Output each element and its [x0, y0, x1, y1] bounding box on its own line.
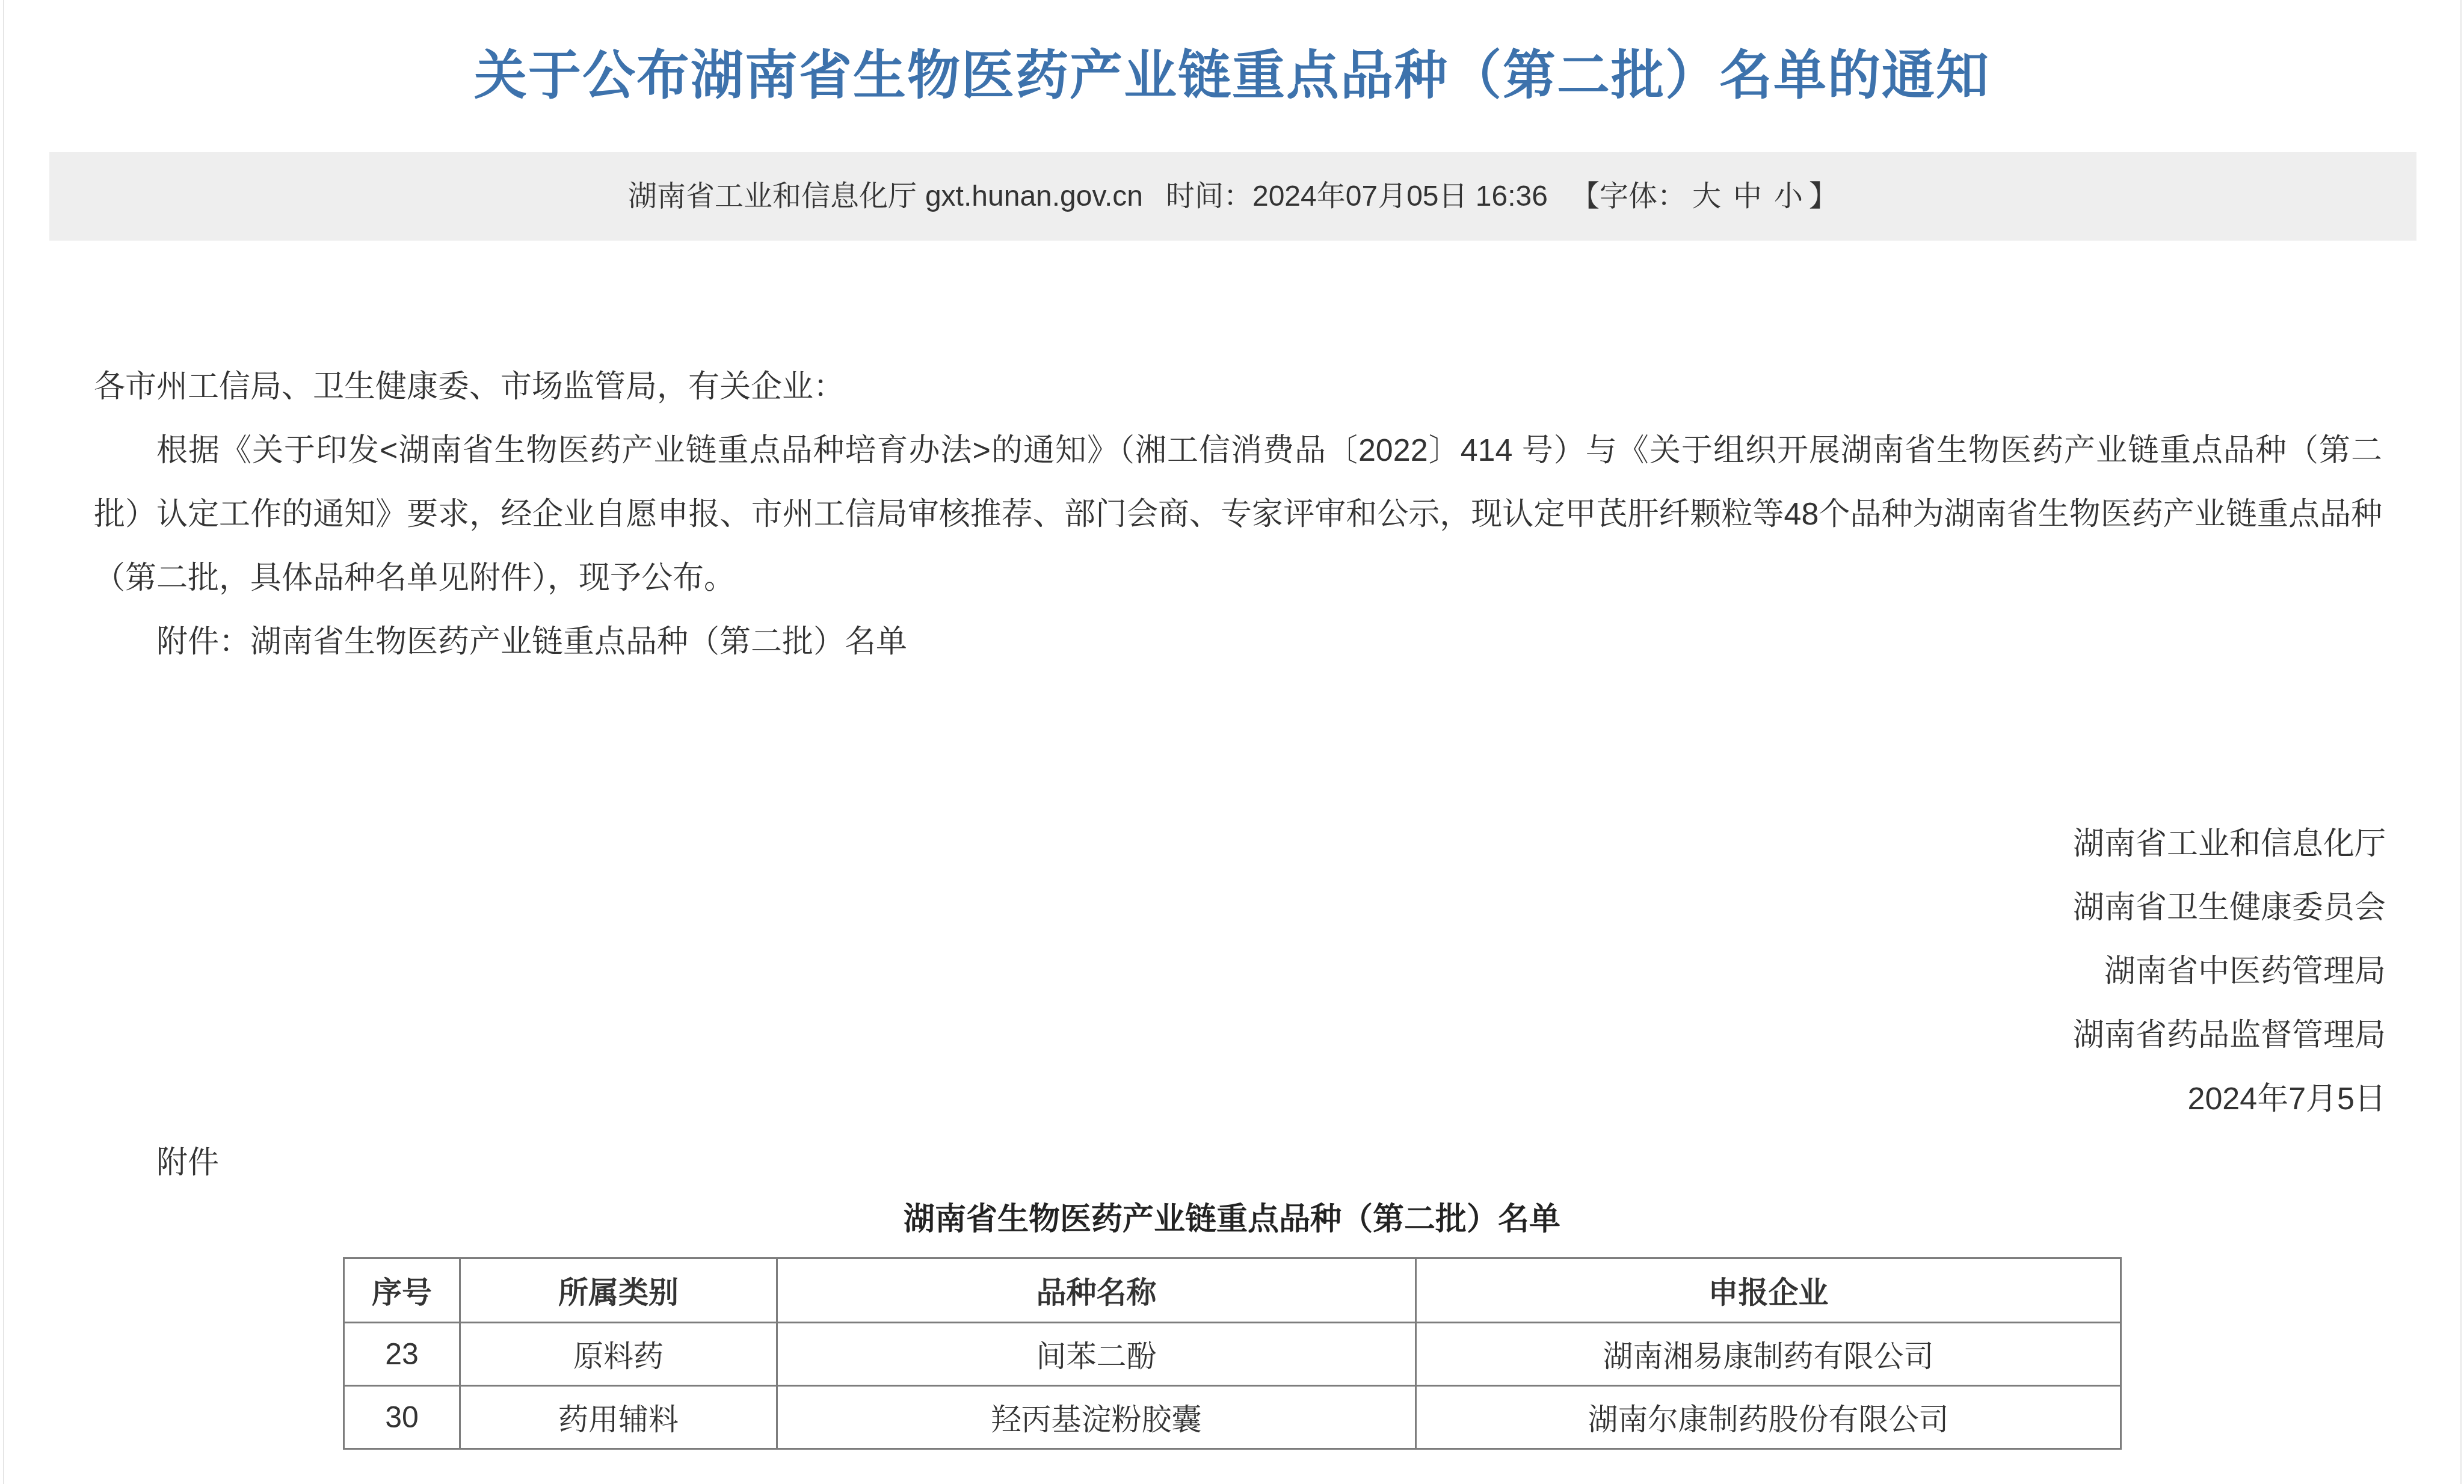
- table-row: 23 原料药 间苯二酚 湖南湘易康制药有限公司: [344, 1323, 2121, 1386]
- font-size-label: 【字体：: [1571, 180, 1686, 212]
- page-title: 关于公布湖南省生物医药产业链重点品种（第二批）名单的通知: [0, 0, 2464, 105]
- attachment-table-title: 湖南省生物医药产业链重点品种（第二批）名单: [0, 1198, 2464, 1240]
- header-applicant-company: 申报企业: [1416, 1258, 2121, 1323]
- publish-time: 时间：2024年07月05日 16:36: [1166, 180, 1548, 212]
- table-header-row: 序号 所属类别 品种名称 申报企业: [344, 1258, 2121, 1323]
- attachment-reference-line: 附件：湖南省生物医药产业链重点品种（第二批）名单: [94, 610, 2382, 674]
- source-name: 湖南省工业和信息化厅: [628, 180, 917, 212]
- page-left-border: [3, 0, 4, 1484]
- meta-bar: 湖南省工业和信息化厅gxt.hunan.gov.cn时间：2024年07月05日…: [49, 152, 2416, 241]
- signing-agency: 湖南省工业和信息化厅: [94, 812, 2386, 876]
- table-row: 30 药用辅料 羟丙基淀粉胶囊 湖南尔康制药股份有限公司: [344, 1386, 2121, 1449]
- salutation-line: 各市州工信局、卫生健康委、市场监管局，有关企业：: [94, 355, 2382, 419]
- signing-agency: 湖南省药品监督管理局: [94, 1003, 2386, 1067]
- page-right-border: [2460, 0, 2462, 1484]
- cell-applicant-company: 湖南尔康制药股份有限公司: [1416, 1386, 2121, 1449]
- signing-agency: 湖南省中医药管理局: [94, 940, 2386, 1003]
- signature-date: 2024年7月5日: [94, 1067, 2386, 1131]
- notice-page: 关于公布湖南省生物医药产业链重点品种（第二批）名单的通知 湖南省工业和信息化厅g…: [0, 0, 2464, 1484]
- font-size-small-button[interactable]: 小: [1774, 180, 1803, 212]
- font-size-label-close: 】: [1809, 180, 1838, 212]
- variety-list-table: 序号 所属类别 品种名称 申报企业 23 原料药 间苯二酚 湖南湘易康制药有限公…: [343, 1257, 2122, 1450]
- header-category: 所属类别: [460, 1258, 777, 1323]
- cell-category: 药用辅料: [460, 1386, 777, 1449]
- header-serial-number: 序号: [344, 1258, 460, 1323]
- font-size-medium-button[interactable]: 中: [1733, 180, 1762, 212]
- cell-applicant-company: 湖南湘易康制药有限公司: [1416, 1323, 2121, 1386]
- cell-variety-name: 羟丙基淀粉胶囊: [777, 1386, 1416, 1449]
- font-size-large-button[interactable]: 大: [1692, 180, 1721, 212]
- main-paragraph: 根据《关于印发<湖南省生物医药产业链重点品种培育办法>的通知》（湘工信消费品〔2…: [94, 419, 2382, 610]
- source-url: gxt.hunan.gov.cn: [925, 180, 1143, 212]
- notice-body: 各市州工信局、卫生健康委、市场监管局，有关企业： 根据《关于印发<湖南省生物医药…: [94, 355, 2382, 674]
- cell-serial-number: 23: [344, 1323, 460, 1386]
- cell-variety-name: 间苯二酚: [777, 1323, 1416, 1386]
- cell-category: 原料药: [460, 1323, 777, 1386]
- cell-serial-number: 30: [344, 1386, 460, 1449]
- appendix-label: 附件: [94, 1131, 2382, 1195]
- signing-agency: 湖南省卫生健康委员会: [94, 876, 2386, 940]
- signature-block: 湖南省工业和信息化厅 湖南省卫生健康委员会 湖南省中医药管理局 湖南省药品监督管…: [94, 812, 2386, 1131]
- header-variety-name: 品种名称: [777, 1258, 1416, 1323]
